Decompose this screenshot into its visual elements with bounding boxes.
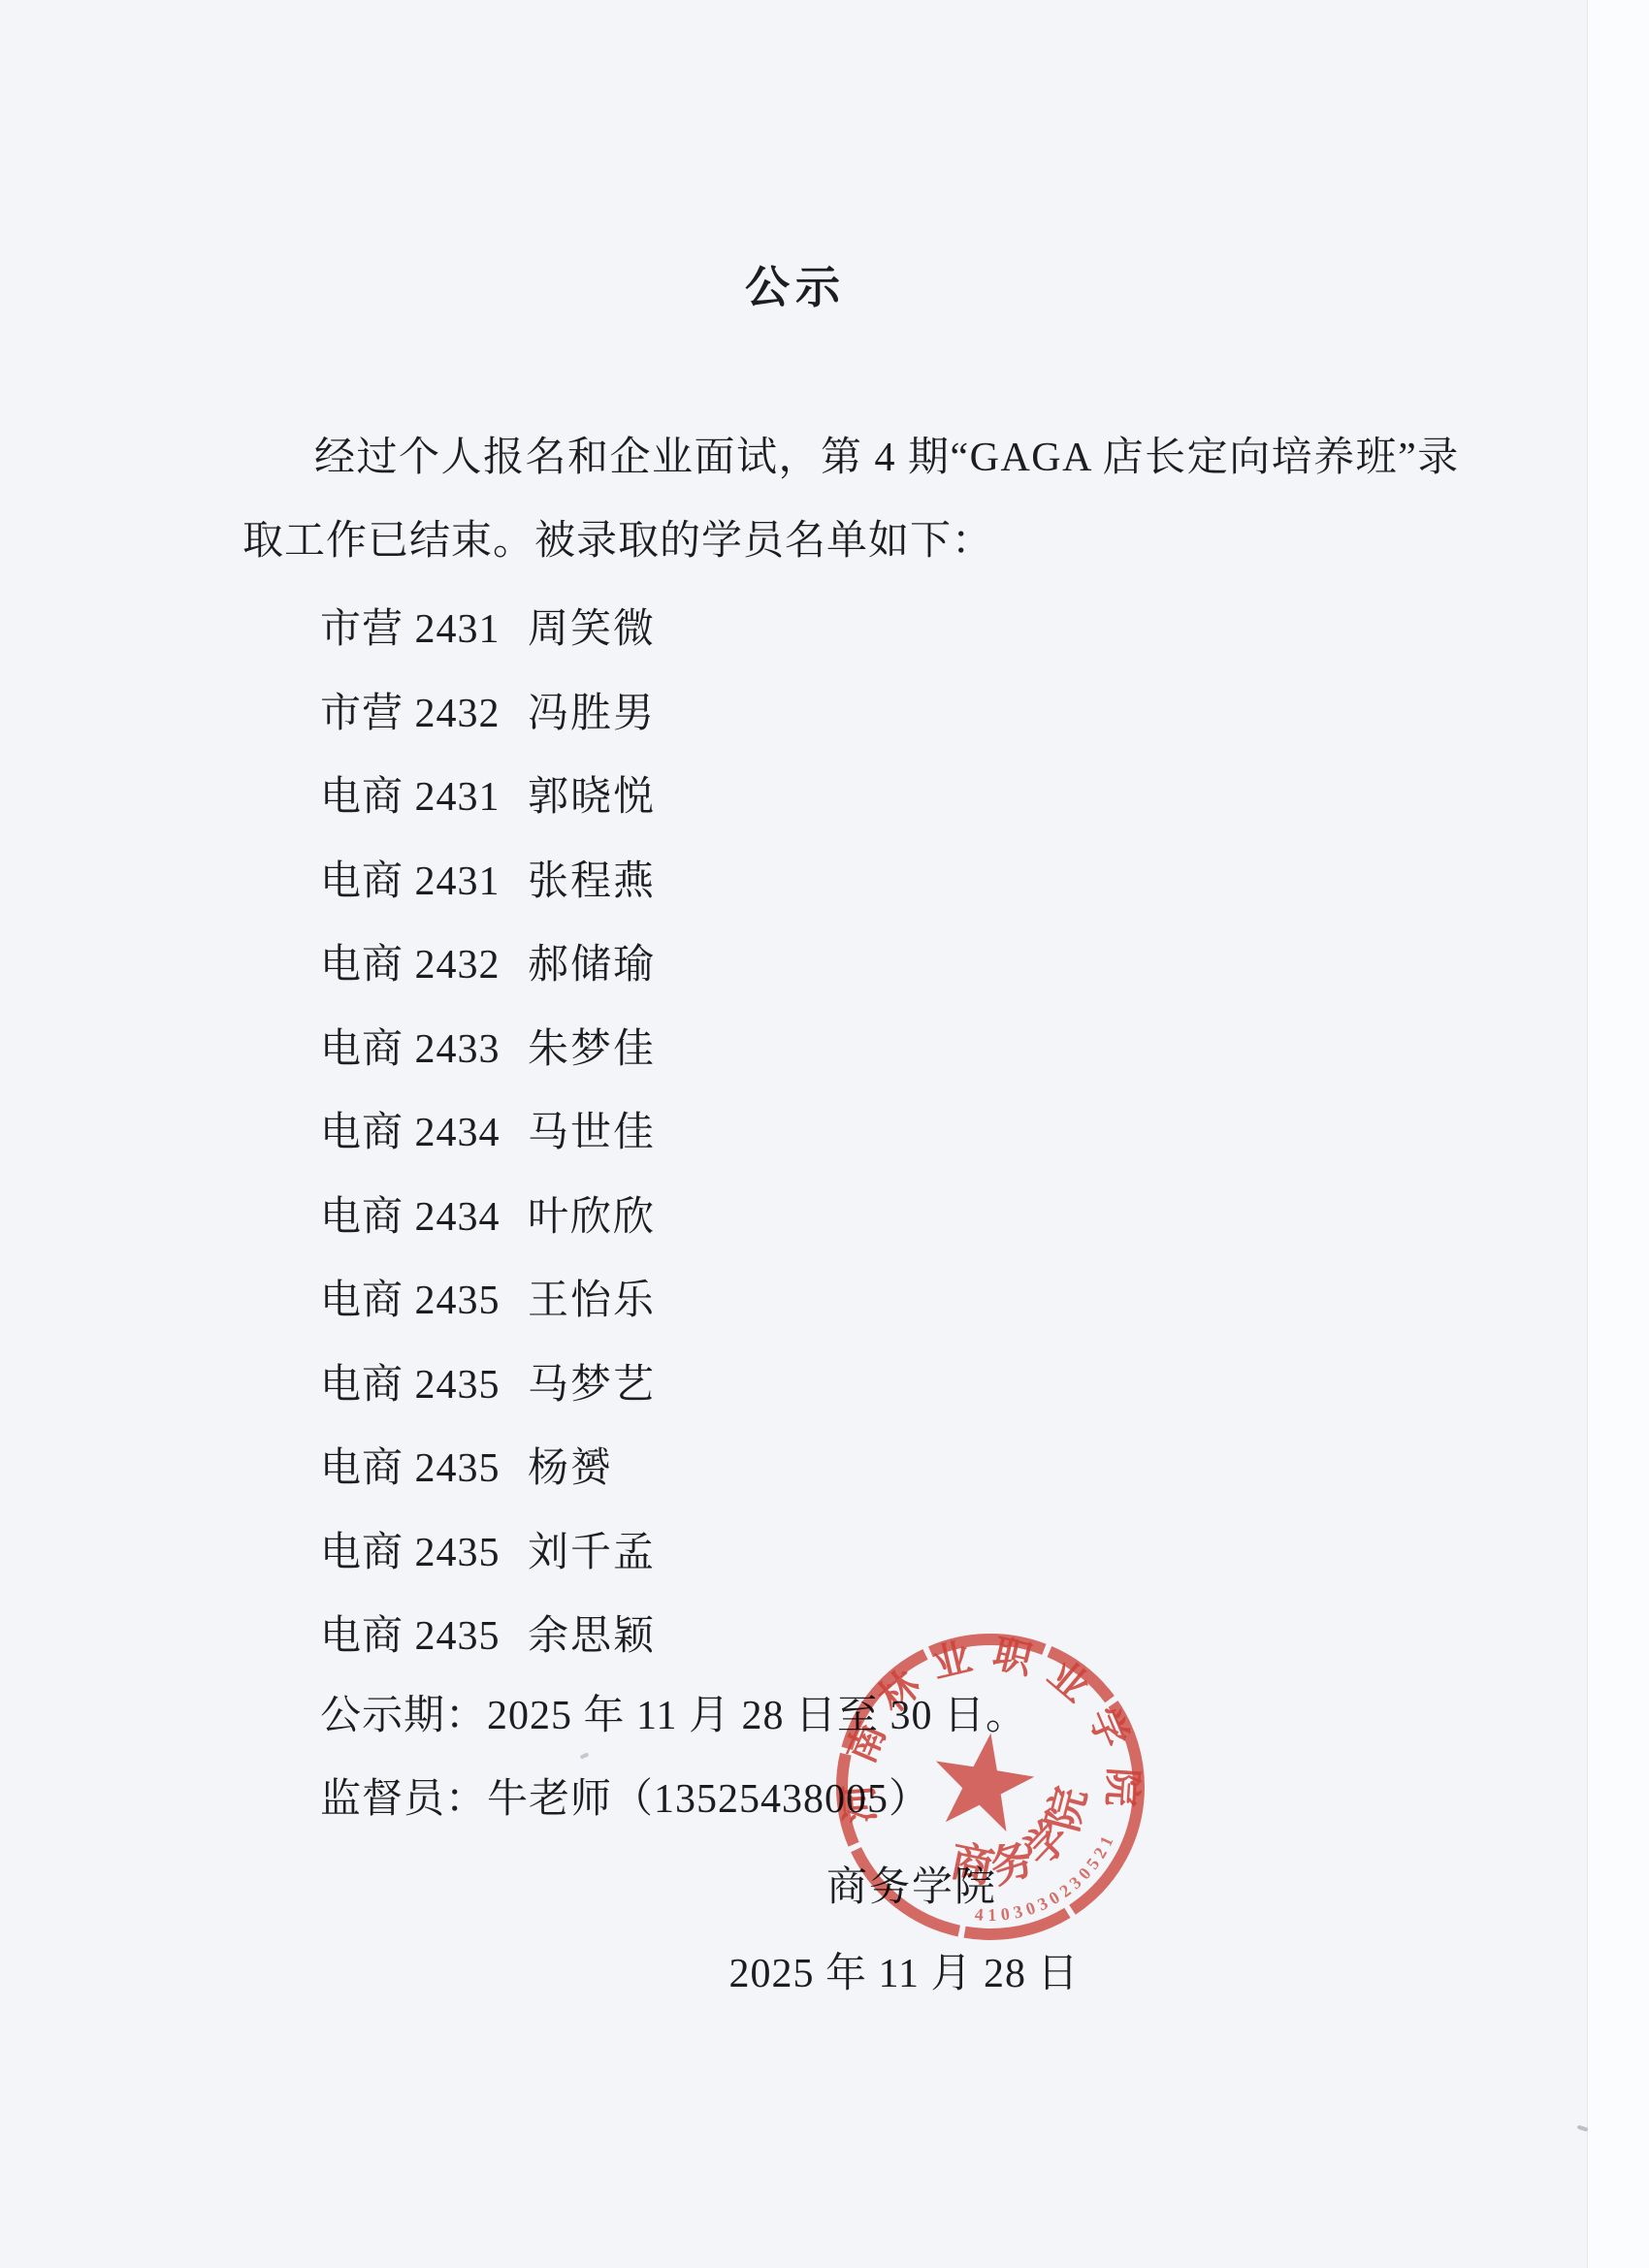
roster-class: 电商 2434 — [320, 1100, 528, 1158]
footer-block: 公示期：2025 年 11 月 28 日至 30 日。 监督员：牛老师（1352… — [320, 1674, 1290, 1841]
roster-class: 电商 2434 — [320, 1184, 528, 1243]
roster-name: 刘千孟 — [528, 1520, 656, 1578]
roster-class: 电商 2431 — [320, 849, 528, 907]
roster-class: 电商 2435 — [320, 1520, 528, 1578]
roster-row: 电商 2435 刘千孟 — [320, 1507, 1193, 1592]
roster-class: 电商 2431 — [320, 764, 528, 823]
body-line: 取工作已结束。被录取的学员名单如下： — [242, 500, 1465, 583]
roster-row: 电商 2432 郝储瑜 — [320, 920, 1193, 1004]
roster-row: 电商 2434 叶欣欣 — [320, 1172, 1193, 1256]
roster-row: 电商 2435 杨赟 — [320, 1423, 1193, 1507]
roster-class: 电商 2433 — [320, 1017, 528, 1075]
roster-class: 电商 2432 — [320, 932, 528, 990]
admitted-student-roster: 市营 2431 周笑微 市营 2432 冯胜男 电商 2431 郭晓悦 电商 2… — [320, 584, 1193, 1675]
document-page: 公示 经过个人报名和企业面试，第 4 期“GAGA 店长定向培养班”录 取工作已… — [0, 0, 1649, 2268]
roster-row: 电商 2434 马世佳 — [320, 1087, 1193, 1172]
roster-row: 电商 2433 朱梦佳 — [320, 1004, 1193, 1088]
roster-name: 郝储瑜 — [528, 932, 656, 990]
roster-class: 电商 2435 — [320, 1352, 528, 1410]
roster-class: 市营 2431 — [320, 597, 528, 655]
supervisor-line: 监督员：牛老师（13525438005） — [320, 1758, 1290, 1841]
roster-name: 叶欣欣 — [528, 1184, 656, 1243]
roster-name: 张程燕 — [528, 849, 656, 907]
signature-org: 商务学院 — [766, 1846, 1057, 1929]
roster-row: 市营 2432 冯胜男 — [320, 668, 1193, 753]
roster-row: 电商 2435 余思颖 — [320, 1591, 1193, 1675]
roster-row: 电商 2431 张程燕 — [320, 836, 1193, 921]
roster-name: 王怡乐 — [528, 1268, 656, 1326]
roster-name: 马梦艺 — [528, 1352, 656, 1410]
roster-class: 电商 2435 — [320, 1268, 528, 1326]
roster-class: 市营 2432 — [320, 681, 528, 739]
roster-name: 马世佳 — [528, 1100, 656, 1158]
roster-class: 电商 2435 — [320, 1436, 528, 1494]
roster-name: 郭晓悦 — [528, 764, 656, 823]
roster-name: 周笑微 — [528, 597, 656, 655]
signature-date: 2025 年 11 月 28 日 — [686, 1932, 1122, 2016]
document-title: 公示 — [0, 245, 1591, 331]
roster-name: 冯胜男 — [528, 681, 656, 739]
roster-class: 电商 2435 — [320, 1604, 528, 1662]
roster-row: 市营 2431 周笑微 — [320, 584, 1193, 668]
scan-edge — [1587, 0, 1649, 2268]
roster-row: 电商 2435 马梦艺 — [320, 1340, 1193, 1424]
roster-row: 电商 2435 王怡乐 — [320, 1255, 1193, 1340]
body-line: 经过个人报名和企业面试，第 4 期“GAGA 店长定向培养班”录 — [242, 416, 1465, 500]
roster-name: 余思颖 — [528, 1604, 656, 1662]
body-paragraph: 经过个人报名和企业面试，第 4 期“GAGA 店长定向培养班”录 取工作已结束。… — [242, 416, 1465, 583]
roster-row: 电商 2431 郭晓悦 — [320, 752, 1193, 836]
publicity-period-line: 公示期：2025 年 11 月 28 日至 30 日。 — [320, 1674, 1290, 1758]
roster-name: 朱梦佳 — [528, 1017, 656, 1075]
roster-name: 杨赟 — [528, 1436, 613, 1494]
